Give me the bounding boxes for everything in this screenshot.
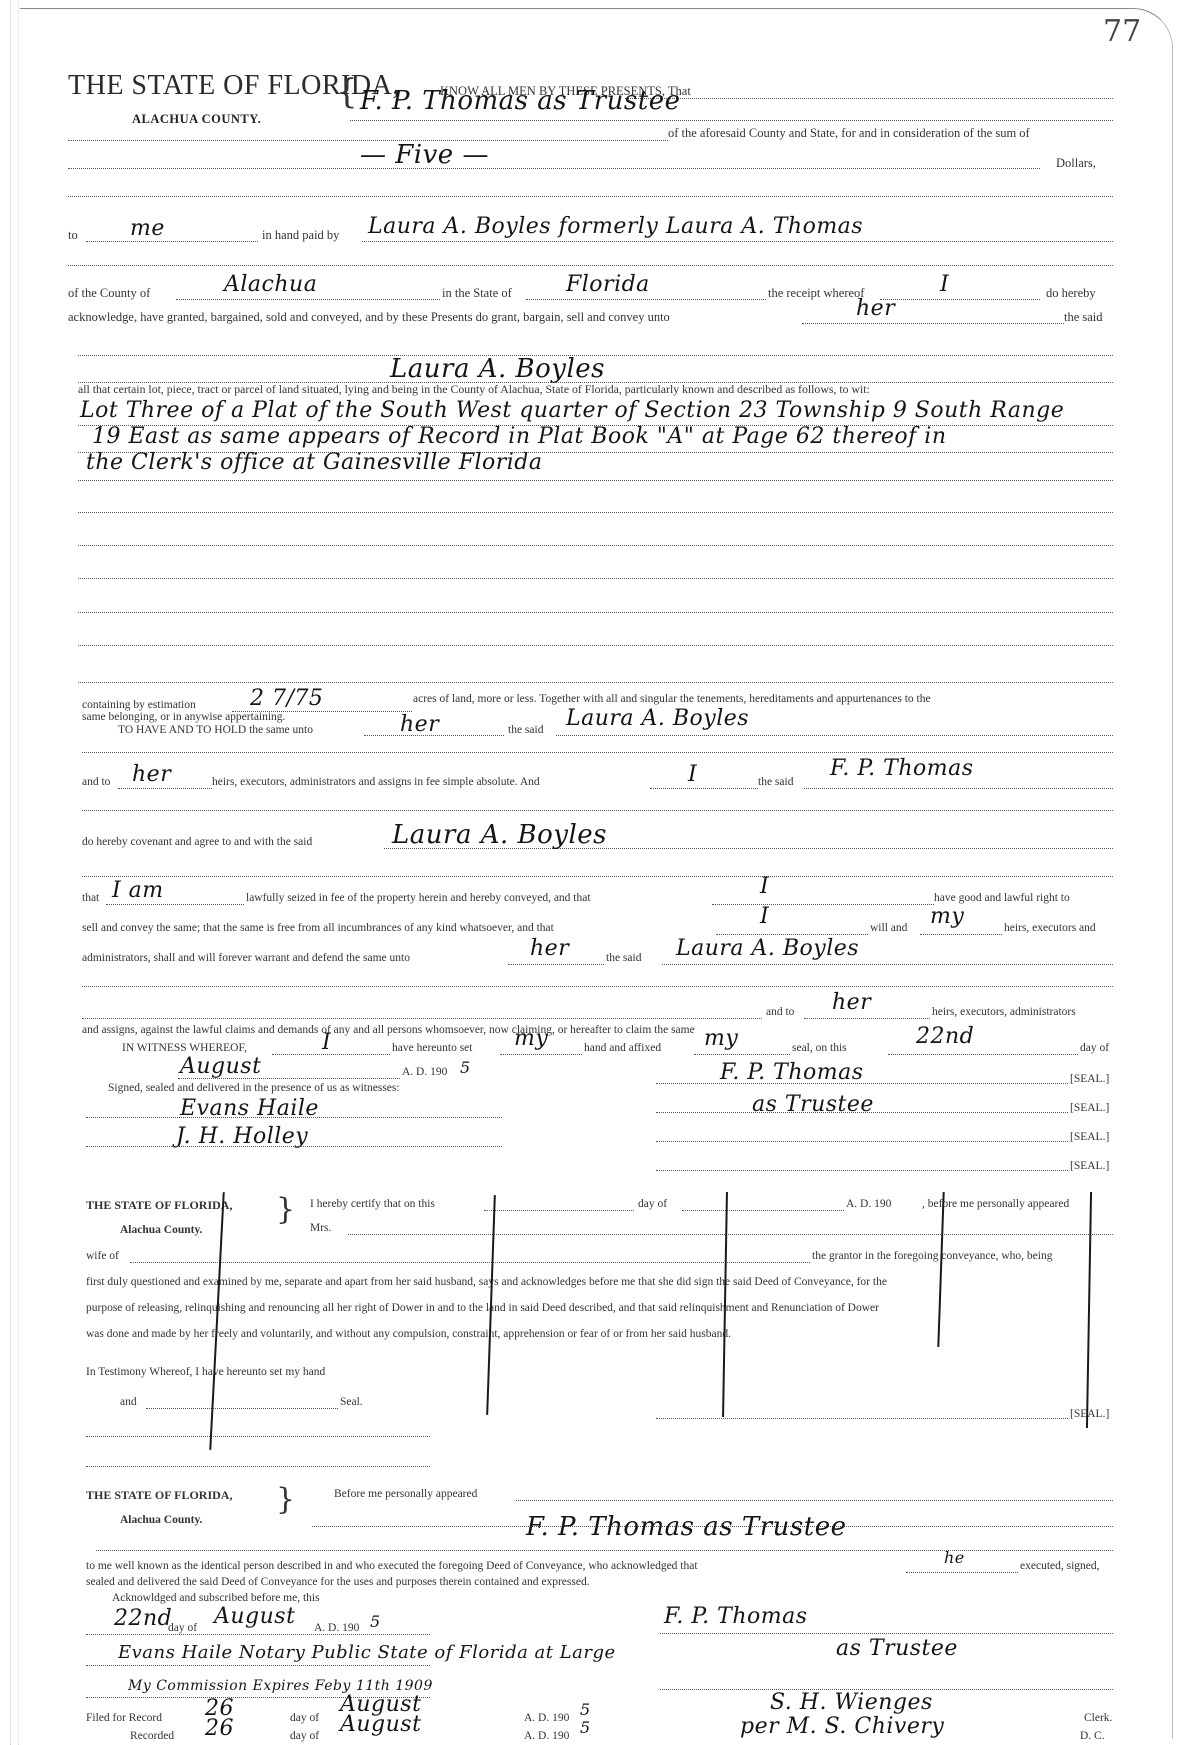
description-line: Lot Three of a Plat of the South West qu… — [80, 398, 1064, 423]
page-number: 77 — [1103, 14, 1141, 49]
sealed-line: sealed and delivered the said Deed of Co… — [86, 1576, 590, 1588]
to-label: to — [68, 228, 78, 243]
testimony-text: In Testimony Whereof, I have hereunto se… — [86, 1366, 325, 1378]
sell-text: sell and convey the same; that the same … — [82, 922, 554, 934]
fill-line — [86, 1117, 502, 1118]
admin-value: her — [530, 936, 569, 961]
recorded-year: 5 — [580, 1718, 591, 1737]
notary-signature: Evans Haile Notary Public State of Flori… — [118, 1642, 616, 1663]
deputy-signature: per M. S. Chivery — [740, 1714, 944, 1739]
fill-line — [508, 964, 604, 965]
said-value-2: F. P. Thomas — [830, 756, 974, 781]
acres-text: acres of land, more or less. Together wi… — [413, 693, 931, 705]
grantor-name: F. P. Thomas as Trustee — [360, 86, 680, 116]
and-to-value: her — [132, 762, 171, 787]
brace: } — [276, 1482, 295, 1517]
executed-label: executed, signed, — [1020, 1560, 1100, 1572]
consideration-text: of the aforesaid County and State, for a… — [668, 126, 1030, 141]
set-value: my — [514, 1026, 548, 1051]
consideration-amount: — Five — — [360, 140, 489, 170]
state-label: in the State of — [442, 286, 512, 301]
fill-line — [712, 904, 934, 905]
description-intro: all that certain lot, piece, tract or pa… — [78, 382, 870, 397]
fill-line — [68, 168, 1040, 169]
and-label: and — [120, 1396, 137, 1408]
ack-day-value: 22nd — [114, 1606, 172, 1631]
fill-line — [656, 1083, 1068, 1084]
dc-label: D. C. — [1080, 1730, 1105, 1742]
seal-label: [SEAL.] — [1070, 1102, 1109, 1114]
mrs-label: Mrs. — [310, 1222, 331, 1234]
fill-line — [350, 120, 1113, 121]
that-label: that — [82, 892, 99, 904]
fill-line — [804, 1018, 930, 1019]
and-value: I — [688, 762, 697, 787]
and-to-value: her — [832, 990, 871, 1015]
seized-text: lawfully seized in fee of the property h… — [246, 892, 591, 904]
dower-paragraph-line: purpose of releasing, relinquishing and … — [86, 1302, 879, 1314]
fill-line — [656, 1112, 1068, 1113]
fill-line — [625, 98, 1113, 99]
witness-who: I — [322, 1030, 331, 1055]
fill-line — [650, 788, 758, 789]
deed-page — [20, 8, 1173, 1739]
fill-line — [484, 1210, 634, 1211]
the-said-label: the said — [1064, 310, 1103, 325]
acres-value: 2 7/75 — [250, 686, 323, 711]
fill-line — [694, 1054, 790, 1055]
fill-line — [362, 241, 1113, 242]
said-value: Laura A. Boyles — [566, 706, 749, 731]
sell-value: I — [760, 904, 769, 929]
fill-line — [106, 904, 244, 905]
dower-paragraph-line: was done and made by her freely and volu… — [86, 1328, 731, 1340]
fill-line — [178, 1078, 400, 1079]
dollars-label: Dollars, — [1056, 156, 1096, 171]
fill-line — [656, 1170, 1068, 1171]
affixed-value: my — [704, 1026, 738, 1051]
receipt-value: I — [940, 272, 949, 297]
fill-line — [82, 752, 1113, 753]
defend-value: Laura A. Boyles — [676, 936, 859, 961]
the-said-label: the said — [508, 724, 543, 736]
assigns-text: and assigns, against the lawful claims a… — [82, 1024, 695, 1036]
ack-month-value: August — [214, 1604, 295, 1629]
day-value: 22nd — [916, 1024, 974, 1049]
well-known-text: to me well known as the identical person… — [86, 1560, 698, 1572]
fill-line — [888, 1054, 1078, 1055]
fill-line — [86, 1665, 430, 1666]
fill-line — [78, 645, 1113, 646]
will-and-label: will and — [870, 922, 907, 934]
seal-label: [SEAL.] — [1070, 1073, 1109, 1085]
before-me-label: Before me personally appeared — [334, 1488, 477, 1500]
ack-signature: F. P. Thomas — [664, 1604, 808, 1629]
fill-line — [78, 578, 1113, 579]
in-witness-label: IN WITNESS WHEREOF, — [122, 1042, 247, 1054]
fill-line — [176, 299, 440, 300]
the-said-label: the said — [758, 776, 793, 788]
will-value: my — [930, 904, 964, 929]
fill-line — [804, 788, 1113, 789]
containing-label: containing by estimation — [82, 699, 196, 711]
fill-line — [802, 323, 1064, 324]
right-text: have good and lawful right to — [934, 892, 1070, 904]
paid-by-label: in hand paid by — [262, 228, 339, 243]
ad-label: A. D. 190 — [314, 1622, 359, 1634]
covenant-label: do hereby covenant and agree to and with… — [82, 836, 312, 848]
fill-line — [78, 682, 1113, 683]
receipt-label: the receipt whereof — [768, 286, 864, 301]
year-value: 5 — [460, 1058, 471, 1077]
day-of-label: day of — [290, 1712, 319, 1724]
fill-line — [82, 986, 1113, 987]
grantor-signature: F. P. Thomas — [720, 1060, 864, 1085]
fill-line — [86, 1634, 430, 1635]
fill-line — [130, 1262, 810, 1263]
ack-year-value: 5 — [370, 1612, 381, 1631]
acknowledge-text: acknowledge, have granted, bargained, so… — [68, 310, 670, 325]
and-to-label: and to — [82, 776, 110, 788]
clerk-signature: S. H. Wienges — [770, 1690, 933, 1715]
fill-line — [556, 735, 1113, 736]
ad-label: A. D. 190 — [846, 1198, 891, 1210]
description-line: the Clerk's office at Gainesville Florid… — [86, 450, 543, 475]
hereunto-set-label: have hereunto set — [392, 1042, 472, 1054]
ad-label: A. D. 190 — [402, 1066, 447, 1078]
day-of-label: day of — [168, 1622, 197, 1634]
fill-line — [516, 1500, 1113, 1501]
to-have-label: TO HAVE AND TO HOLD the same unto — [118, 724, 313, 736]
convey-unto-value: her — [856, 296, 895, 321]
seal-label: [SEAL.] — [1070, 1131, 1109, 1143]
ack-value: he — [944, 1548, 965, 1567]
amount-value: Five — [395, 140, 453, 170]
fill-line — [82, 876, 1113, 877]
filed-year: 5 — [580, 1700, 591, 1719]
seal-on-this-label: seal, on this — [792, 1042, 847, 1054]
paid-by-value: Laura A. Boyles formerly Laura A. Thomas — [368, 214, 863, 239]
fill-line — [348, 1234, 1113, 1235]
hand-affixed-label: hand and affixed — [584, 1042, 661, 1054]
fill-line — [660, 1633, 1113, 1634]
fill-line — [68, 196, 1113, 197]
brace: { — [336, 72, 358, 112]
filed-label: Filed for Record — [86, 1712, 162, 1724]
day-of-label: day of — [638, 1198, 667, 1210]
wife-of-label: wife of — [86, 1250, 119, 1262]
grantor-ack-county: Alachua County. — [120, 1514, 202, 1526]
ad-label: A. D. 190 — [524, 1730, 569, 1742]
margin-rule — [10, 0, 12, 1745]
brace: } — [276, 1192, 295, 1227]
wife-ack-state: THE STATE OF FLORIDA, — [86, 1198, 232, 1213]
grantor-ack-state: THE STATE OF FLORIDA, — [86, 1488, 232, 1503]
fill-line — [78, 512, 1113, 513]
fill-line — [662, 964, 1113, 965]
fill-line — [682, 1210, 844, 1211]
admin-text: administrators, shall and will forever w… — [82, 952, 410, 964]
the-said-label: the said — [606, 952, 641, 964]
fill-line — [68, 265, 1113, 266]
ad-label: A. D. 190 — [524, 1712, 569, 1724]
grantor-signature-title: as Trustee — [752, 1092, 874, 1117]
ack-signature-title: as Trustee — [836, 1636, 958, 1661]
month-value: August — [180, 1054, 261, 1079]
fill-line — [656, 1141, 1068, 1142]
unto-value: her — [400, 712, 439, 737]
fill-line — [118, 788, 212, 789]
day-of-label: day of — [1080, 1042, 1109, 1054]
fill-line — [86, 1466, 430, 1467]
wife-ack-county: Alachua County. — [120, 1224, 202, 1236]
recorded-label: Recorded — [130, 1730, 174, 1742]
fill-line — [86, 1436, 430, 1437]
day-of-label: day of — [290, 1730, 319, 1742]
same-belonging: same belonging, or in anywise appertaini… — [82, 711, 285, 723]
county-label: of the County of — [68, 286, 150, 301]
clerk-label: Clerk. — [1084, 1712, 1112, 1724]
fill-line — [78, 612, 1113, 613]
certify-label: I hereby certify that on this — [310, 1198, 435, 1210]
fill-line — [526, 299, 766, 300]
subscribed-text: Acknowldged and subscribed before me, th… — [112, 1592, 320, 1604]
fill-line — [86, 241, 258, 242]
and-to-label: and to — [766, 1006, 794, 1018]
fill-line — [78, 545, 1113, 546]
recorded-month: August — [340, 1712, 421, 1737]
fill-line — [82, 1018, 762, 1019]
dower-paragraph-line: first duly questioned and examined by me… — [86, 1276, 887, 1288]
seal-word: Seal. — [340, 1396, 363, 1408]
fill-line — [920, 934, 1002, 935]
seized-value: I — [760, 874, 769, 899]
recorded-day: 26 — [205, 1716, 234, 1741]
fill-line — [82, 810, 1113, 811]
heirs-exec-admin: heirs, executors, administrators — [932, 1006, 1076, 1018]
covenant-value: Laura A. Boyles — [392, 820, 607, 850]
fill-line — [656, 1418, 1068, 1419]
county-title: ALACHUA COUNTY. — [132, 112, 261, 127]
fill-line — [716, 934, 868, 935]
seal-label: [SEAL.] — [1070, 1160, 1109, 1172]
seal-label: [SEAL.] — [1070, 1408, 1109, 1420]
county-value: Alachua — [224, 272, 317, 297]
fill-line — [880, 299, 1040, 300]
signed-sealed-text: Signed, sealed and delivered in the pres… — [108, 1082, 400, 1094]
to-value: me — [130, 216, 165, 241]
fill-line — [146, 1408, 338, 1409]
fill-line — [500, 1054, 582, 1055]
heirs-text: heirs, executors, administrators and ass… — [212, 776, 540, 788]
fill-line — [86, 1146, 502, 1147]
description-line: 19 East as same appears of Record in Pla… — [92, 424, 947, 449]
that-value: I am — [112, 878, 164, 903]
grantor-text: the grantor in the foregoing conveyance,… — [812, 1250, 1052, 1262]
fill-line — [78, 480, 1113, 481]
appeared-value: F. P. Thomas as Trustee — [526, 1512, 846, 1542]
grantee-name: Laura A. Boyles — [390, 354, 605, 384]
state-value: Florida — [566, 272, 650, 297]
fill-line — [906, 1572, 1018, 1573]
do-hereby-label: do hereby — [1046, 286, 1096, 301]
heirs-exec-label: heirs, executors and — [1004, 922, 1096, 934]
